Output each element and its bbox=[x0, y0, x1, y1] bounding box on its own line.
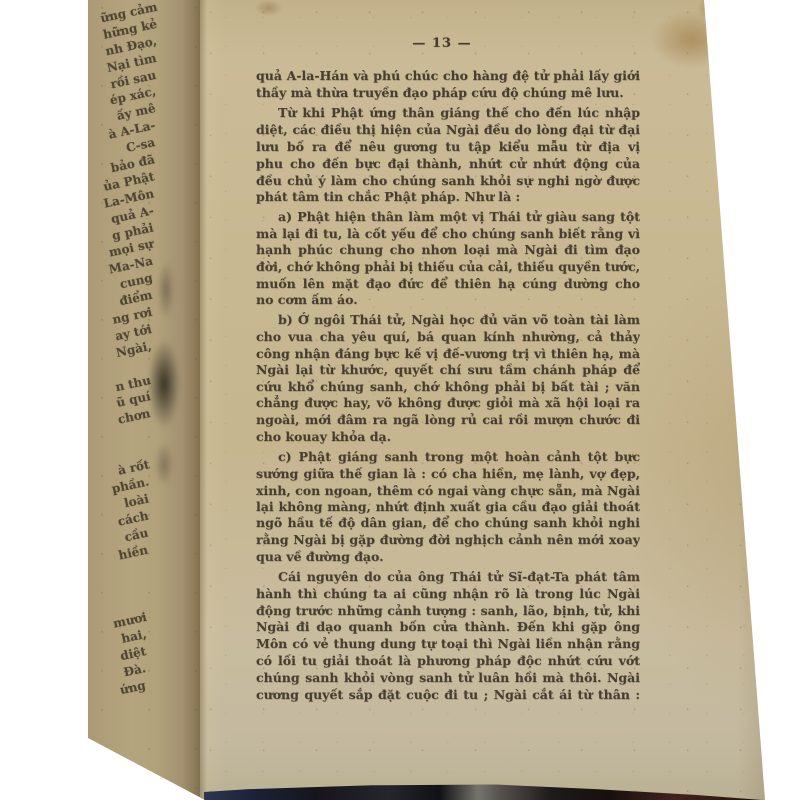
ink-smudge bbox=[149, 438, 179, 504]
text-line: có lối tu giải thoát là phương pháp độc … bbox=[256, 653, 640, 669]
text-line: qua về đường đạo. bbox=[256, 549, 640, 565]
text-line: Ngài đi dạo quanh bốn cửa thành. Đến khi… bbox=[256, 619, 640, 636]
text-line: đời, chớ không phải bị thiếu của cải, th… bbox=[256, 259, 640, 275]
text-line: cho kouay khỏa dạ. bbox=[256, 429, 640, 445]
photo-background: ững cảmhững kẻnh Đạo,Nại tìmrồi sauép xá… bbox=[0, 0, 800, 800]
text-line: Từ khi Phật ứng thân giáng thế cho đến l… bbox=[256, 105, 640, 121]
text-line: quả A-la-Hán và phú chúc cho hàng đệ tử … bbox=[256, 68, 640, 85]
text-line: chẳng được hay, võ không được giỏi mà xã… bbox=[256, 395, 640, 411]
text-line: hạnh phúc chung cho nhơn loại mà Ngài đi… bbox=[256, 242, 640, 259]
text-line: cho vua cha yêu quí, bá quan kính nhường… bbox=[256, 329, 640, 346]
text-line: a) Phật hiện thân làm một vị Thái tử già… bbox=[256, 209, 640, 226]
text-line: hành thì chúng ta ai cũng nhận rõ là tro… bbox=[256, 586, 640, 603]
page-number: — 13 — bbox=[250, 36, 634, 51]
ink-smudge bbox=[152, 248, 180, 332]
text-line: c) Phật giáng sanh trong một hoàn cảnh t… bbox=[256, 449, 640, 466]
text-line: cương quyết sắp đặt cuộc đi tu ; Ngài cắ… bbox=[256, 687, 640, 704]
ink-smudge bbox=[146, 318, 186, 450]
text-line: diệt, các điều thị hiện của Ngài đều do … bbox=[256, 122, 640, 139]
text-line: ngoài, mới đâm ra ngã lòng rủ cai rồi mư… bbox=[256, 412, 640, 429]
paragraph: a) Phật hiện thân làm một vị Thái tử già… bbox=[256, 209, 640, 308]
text-line: Môn có vẻ thung dung tự toại thì Ngài li… bbox=[256, 636, 640, 653]
text-line: rằng Ngài bị gặp đường đời nghịch cảnh n… bbox=[256, 532, 640, 548]
text-line: cứu khổ chúng sanh, chớ không phải bị bấ… bbox=[256, 379, 640, 395]
text-line: phát tâm tin chắc Phật pháp. Như là : bbox=[256, 189, 640, 205]
text-line: động trước những cảnh tượng : sanh, lão,… bbox=[256, 603, 640, 619]
text-line: Cái nguyên do của ông Thái tử Sĩ-đạt-Ta … bbox=[256, 569, 640, 586]
text-line: phu cho đến bực đại thành, nhứt cử nhứt … bbox=[256, 156, 640, 173]
text-line: mà lại đi tu, là cốt yếu để cho chúng sa… bbox=[256, 226, 640, 242]
text-line: lưu bố ra để nêu gương tu tập kiểu mẫu t… bbox=[256, 139, 640, 156]
text-line: chúng sanh khỏi vòng sanh tử luân hồi mà… bbox=[256, 670, 640, 687]
text-line: thầy mà thừa truyền đạo pháp cứu độ chún… bbox=[256, 85, 640, 101]
text-line: sướng giữa thế gian là : có cha hiền, mẹ… bbox=[256, 466, 640, 483]
book-photo: ững cảmhững kẻnh Đạo,Nại tìmrồi sauép xá… bbox=[0, 0, 800, 800]
paragraph: c) Phật giáng sanh trong một hoàn cảnh t… bbox=[256, 449, 640, 565]
paragraph: Từ khi Phật ứng thân giáng thế cho đến l… bbox=[256, 105, 640, 205]
text-line: đều chủ ý làm cho chúng sanh khỏi sự ngh… bbox=[256, 173, 640, 189]
text-line: no cơm ấm áo. bbox=[256, 292, 640, 308]
text-line: ngõ hầu tế độ dân gian, để cho chúng san… bbox=[256, 515, 640, 532]
text-line: b) Ở ngôi Thái tử, Ngài học đủ văn võ to… bbox=[256, 312, 640, 328]
text-line: lại không màng, nhứt định xuất gia cầu đ… bbox=[256, 499, 640, 515]
text-block: quả A-la-Hán và phú chúc cho hàng đệ tử … bbox=[256, 68, 640, 704]
text-line: muốn lên mặt đạo đức để thiên hạ cúng dư… bbox=[256, 276, 640, 292]
text-line: Ngài lại từ khước, quyết chí sưu tầm chá… bbox=[256, 362, 640, 379]
paragraph: quả A-la-Hán và phú chúc cho hàng đệ tử … bbox=[256, 68, 640, 101]
paragraph: b) Ở ngôi Thái tử, Ngài học đủ văn võ to… bbox=[256, 312, 640, 444]
text-line: xinh, con ngoan, thêm có ngai vàng chực … bbox=[256, 483, 640, 499]
text-line: công nhận đáng bực kế vị đế-vương trị vì… bbox=[256, 346, 640, 362]
paragraph: Cái nguyên do của ông Thái tử Sĩ-đạt-Ta … bbox=[256, 569, 640, 704]
